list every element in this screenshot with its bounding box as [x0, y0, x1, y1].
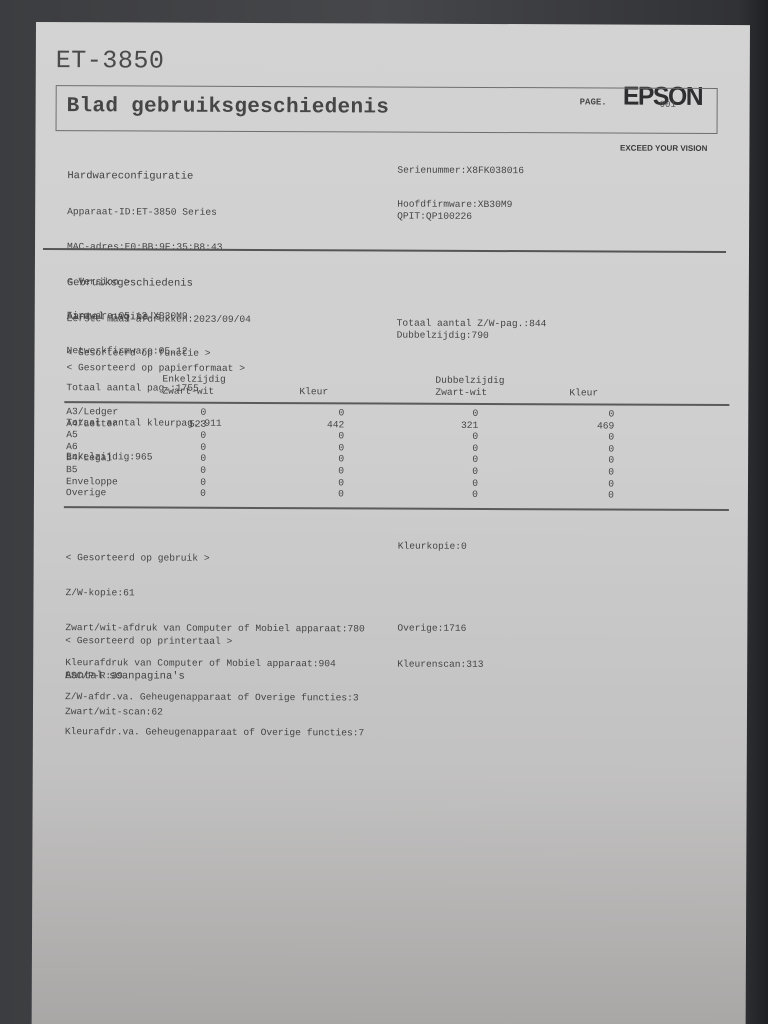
scans-heading: Aantal scanpagina's: [65, 671, 185, 683]
table-cell: 523: [146, 418, 206, 430]
by-function-heading: < Gesorteerd op functie >: [67, 347, 223, 359]
table-cell: 0: [284, 477, 344, 489]
usage-history-sheet: ET-3850 EPSON EXCEED YOUR VISION Blad ge…: [32, 22, 750, 1024]
table-cell: 0: [146, 453, 206, 465]
page-number: 001: [660, 100, 676, 110]
double-sided: Dubbelzijdig:790: [397, 330, 489, 342]
col-header-single-bw: Zwart-wit: [162, 386, 214, 398]
color-scan: Kleurenscan:313: [397, 659, 483, 671]
pages-heading: Aantal pagina's: [67, 312, 223, 324]
table-cell: 0: [554, 408, 614, 420]
title-box: Blad gebruiksgeschiedenis PAGE. 001: [56, 85, 718, 134]
qpit: QPIT:QP100226: [397, 211, 472, 223]
table-cell: 0: [146, 441, 206, 453]
bw-scan: Zwart/wit-scan:62: [65, 706, 185, 718]
table-row-label: B4/Legal: [66, 453, 112, 465]
color-copy: Kleurkopie:0: [398, 541, 467, 553]
bw-copy: Z/W-kopie:61: [65, 587, 364, 600]
table-row-label: A4/Letter: [66, 418, 118, 430]
total-bw-pages: Totaal aantal Z/W-pag.:844: [397, 318, 547, 330]
by-usage-heading: < Gesorteerd op gebruik >: [66, 552, 365, 565]
table-cell: 0: [554, 431, 614, 443]
table-cell: 321: [418, 419, 478, 431]
table-cell: 0: [146, 430, 206, 442]
table-cell: 0: [418, 454, 478, 466]
table-row-label: Enveloppe: [66, 476, 118, 488]
table-cell: 0: [554, 489, 614, 501]
table-row-label: A5: [66, 429, 78, 441]
hardware-heading: Hardwareconfiguratie: [67, 171, 223, 183]
table-cell: 442: [284, 419, 344, 431]
col-header-single-color: Kleur: [299, 386, 328, 398]
paper-table-body: A3/Ledger0000A4/Letter523442321469A50000…: [36, 22, 750, 25]
mac-address: MAC-adres:E0:BB:9E:35:B8:43: [67, 241, 223, 253]
table-cell: 0: [418, 408, 478, 420]
table-row-label: B5: [66, 464, 78, 476]
device-id: Apparaat-ID:ET-3850 Series: [67, 206, 223, 218]
table-cell: 0: [284, 465, 344, 477]
table-footer-rule: [64, 506, 729, 510]
table-cell: 0: [146, 406, 206, 418]
table-cell: 0: [284, 442, 344, 454]
table-cell: 0: [418, 489, 478, 501]
table-cell: 0: [554, 455, 614, 467]
brand-tagline: EXCEED YOUR VISION: [620, 144, 707, 153]
table-cell: 0: [554, 478, 614, 490]
paper-table-heading: < Gesorteerd op papierformaat >: [66, 362, 245, 374]
printer-model: ET-3850: [56, 46, 165, 75]
table-cell: 0: [284, 488, 344, 500]
table-cell: 0: [418, 431, 478, 443]
main-firmware: Hoofdfirmware:XB30M9: [397, 199, 512, 211]
table-cell: 0: [284, 407, 344, 419]
table-row-label: Overige: [66, 487, 106, 499]
col-header-double-color: Kleur: [569, 387, 598, 399]
table-cell: 469: [554, 420, 614, 432]
by-language-heading: < Gesorteerd op printertaal >: [65, 635, 232, 647]
group-header-double: Dubbelzijdig: [435, 375, 504, 387]
table-cell: 0: [554, 466, 614, 478]
page-label: PAGE.: [580, 97, 607, 107]
table-row-label: A6: [66, 441, 78, 453]
table-cell: 0: [554, 443, 614, 455]
table-cell: 0: [418, 466, 478, 478]
scans-section: Aantal scanpagina's Zwart/wit-scan:62: [65, 648, 185, 741]
serial-number: Serienummer:X8FK038016: [397, 165, 524, 177]
table-cell: 0: [146, 464, 206, 476]
table-cell: 0: [146, 476, 206, 488]
group-header-single: Enkelzijdig: [162, 374, 225, 386]
table-cell: 0: [284, 453, 344, 465]
table-cell: 0: [146, 488, 206, 500]
table-cell: 0: [418, 442, 478, 454]
table-cell: 0: [284, 430, 344, 442]
table-cell: 0: [418, 477, 478, 489]
col-header-double-bw: Zwart-wit: [435, 387, 487, 399]
table-row-label: A3/Ledger: [66, 406, 118, 418]
other-language-count: Overige:1716: [397, 623, 466, 635]
page-title: Blad gebruiksgeschiedenis: [67, 95, 390, 119]
